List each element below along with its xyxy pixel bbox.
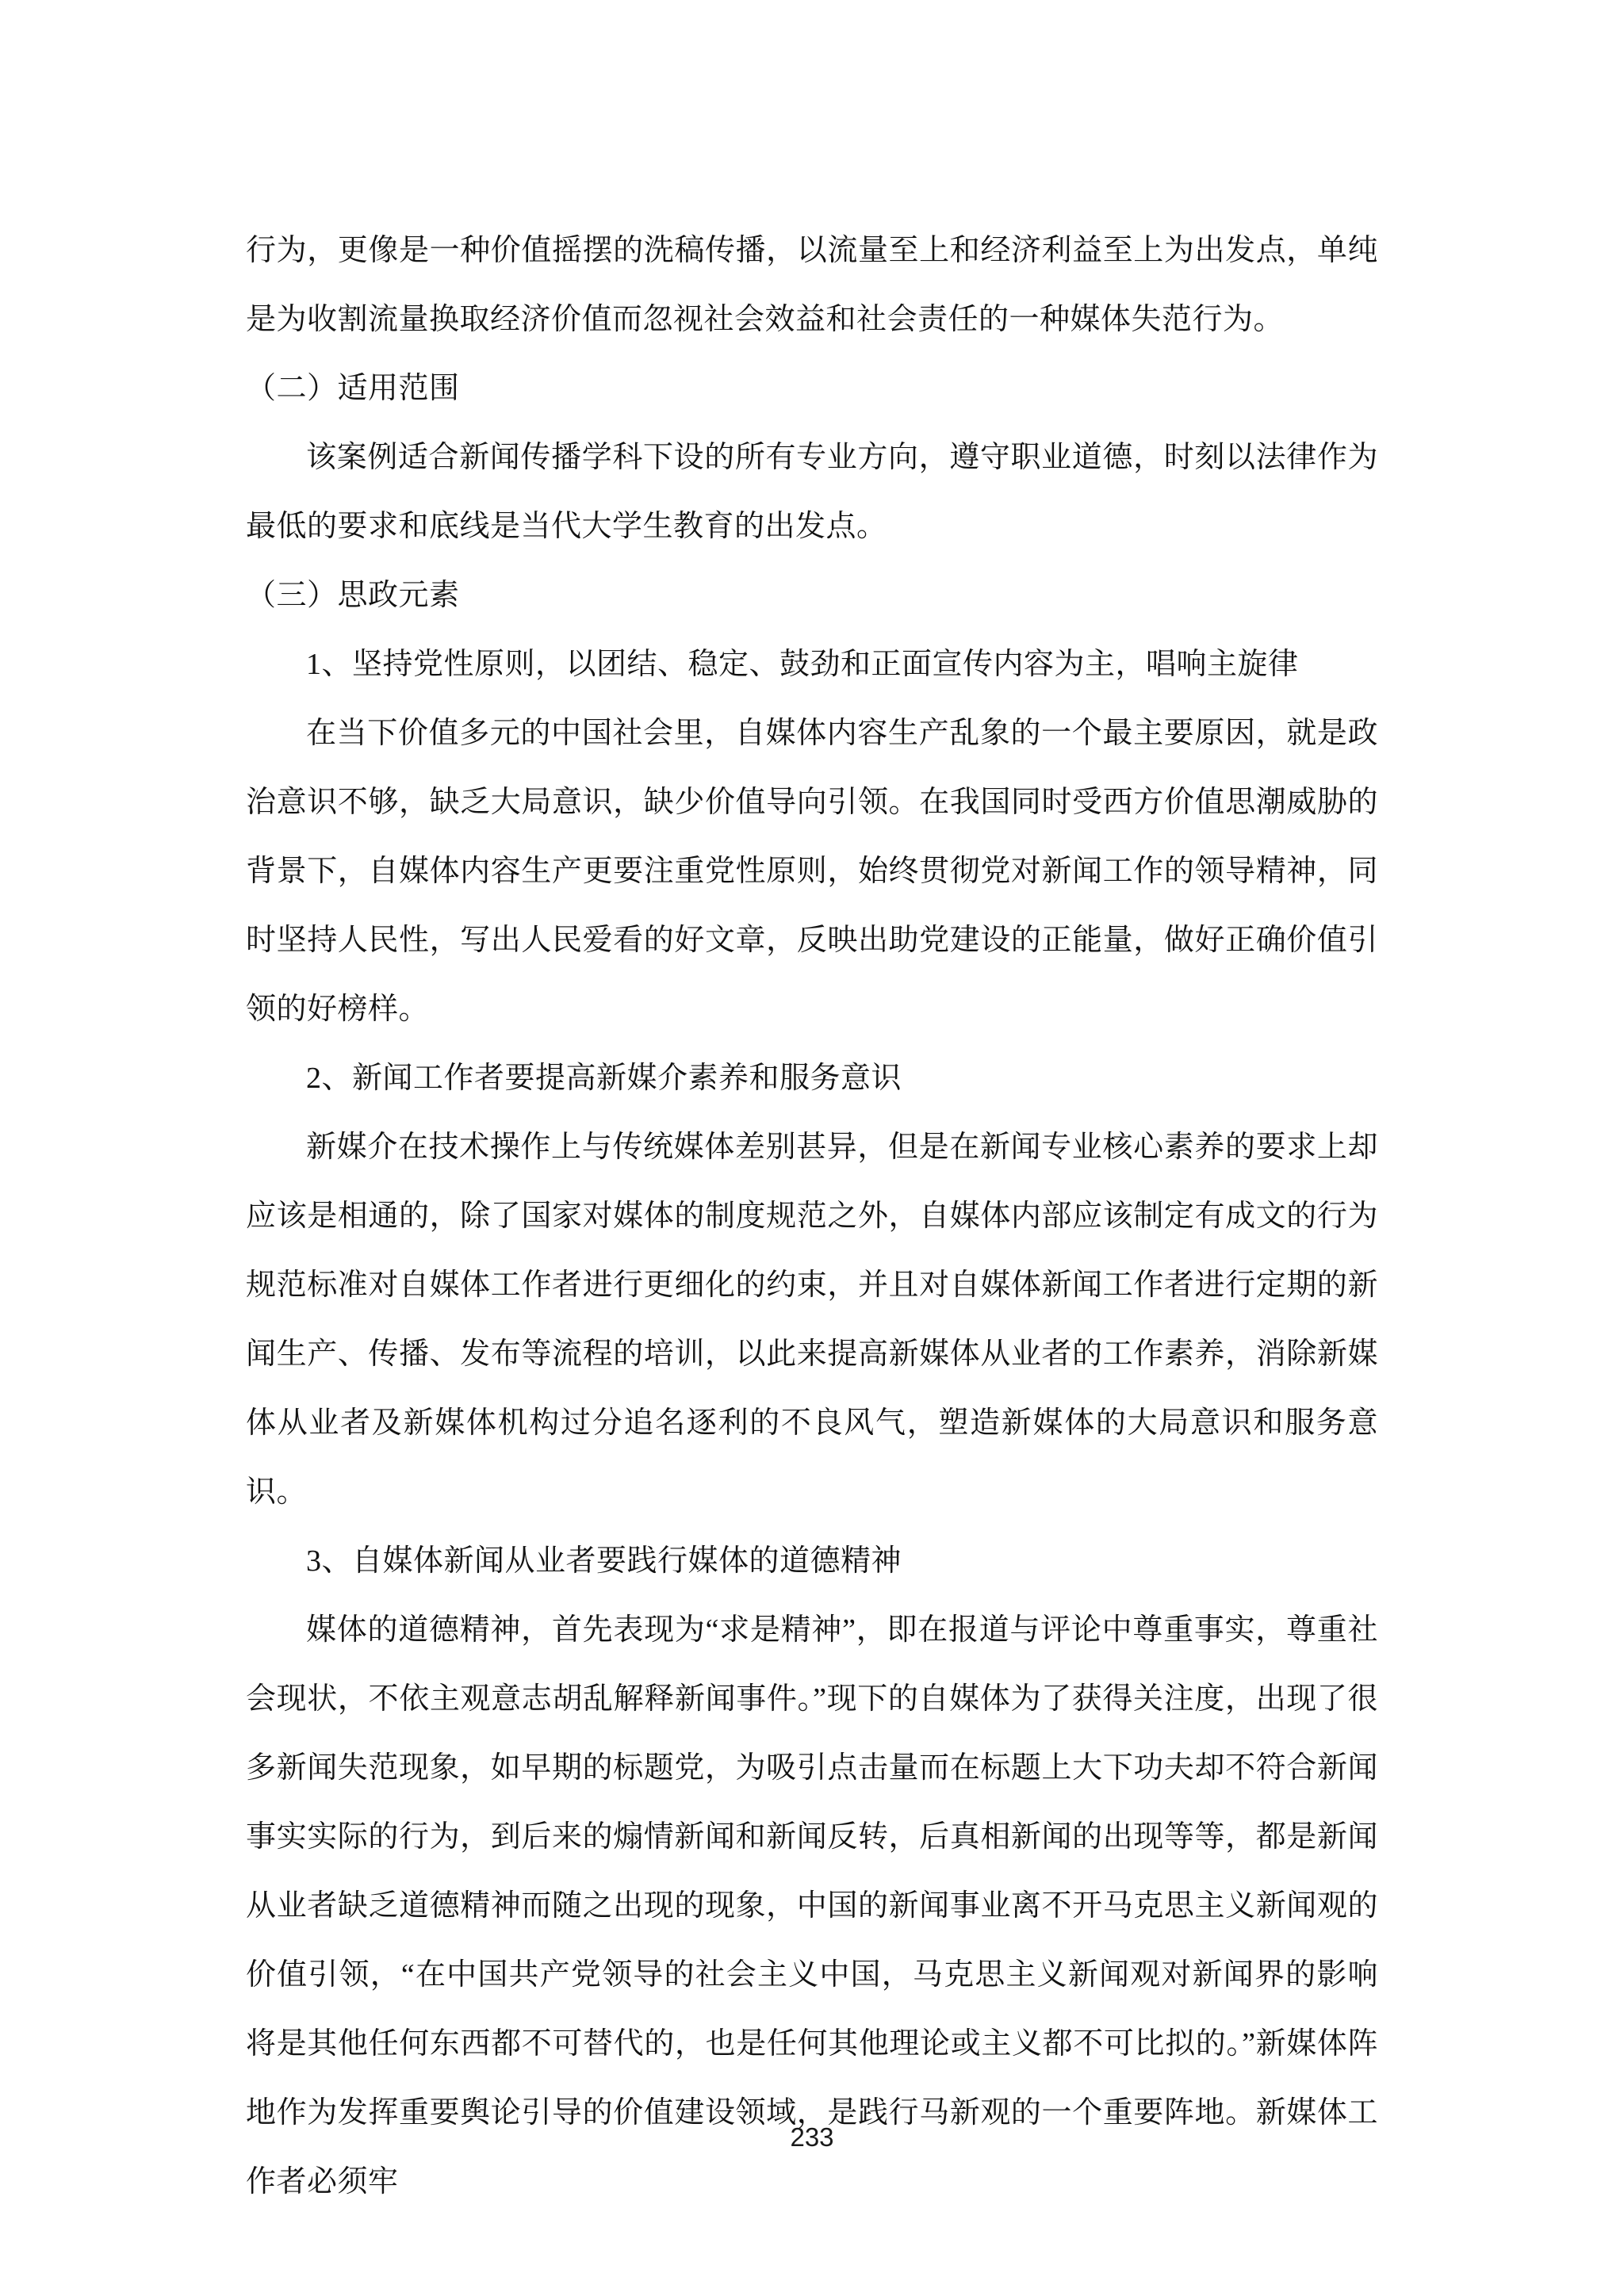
paragraph-continuation: 行为，更像是一种价值摇摆的洗稿传播，以流量至上和经济利益至上为出发点，单纯是为收…: [246, 216, 1378, 354]
section-heading-scope: （二）适用范围: [246, 354, 1378, 423]
paragraph-item-1-body: 在当下价值多元的中国社会里，自媒体内容生产乱象的一个最主要原因，就是政治意识不够…: [246, 699, 1378, 1044]
sub-heading-item-2: 2、新闻工作者要提高新媒介素养和服务意识: [246, 1044, 1378, 1113]
document-body: 行为，更像是一种价值摇摆的洗稿传播，以流量至上和经济利益至上为出发点，单纯是为收…: [246, 216, 1378, 2217]
paragraph-item-2-body: 新媒介在技术操作上与传统媒体差别甚异，但是在新闻专业核心素养的要求上却应该是相通…: [246, 1113, 1378, 1527]
sub-heading-item-3: 3、自媒体新闻从业者要践行媒体的道德精神: [246, 1527, 1378, 1596]
paragraph-scope: 该案例适合新闻传播学科下设的所有专业方向，遵守职业道德，时刻以法律作为最低的要求…: [246, 423, 1378, 561]
section-heading-ideology-elements: （三）思政元素: [246, 561, 1378, 630]
sub-heading-item-1: 1、坚持党性原则，以团结、稳定、鼓劲和正面宣传内容为主，唱响主旋律: [246, 630, 1378, 699]
page-footer: 233: [0, 2122, 1624, 2153]
page-number: 233: [790, 2122, 833, 2152]
document-page: 行为，更像是一种价值摇摆的洗稿传播，以流量至上和经济利益至上为出发点，单纯是为收…: [0, 0, 1624, 2296]
